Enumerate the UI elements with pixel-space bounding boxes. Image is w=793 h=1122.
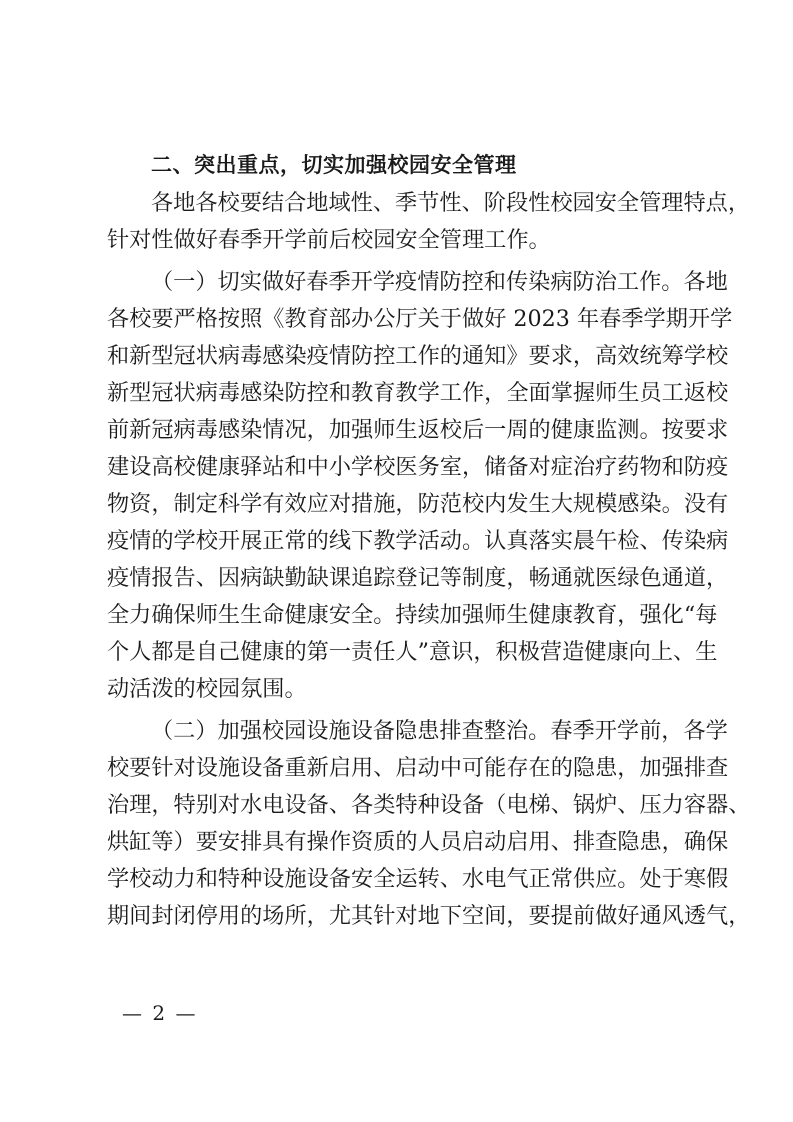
paragraph-2-line-5: 前新冠病毒感染情况，加强师生返校后一周的健康监测。按要求	[107, 412, 693, 449]
paragraph-2-line-10: 全力确保师生生命健康安全。持续加强师生健康教育，强化“每	[107, 597, 693, 634]
paragraph-3-line-6: 期间封闭停用的场所，尤其针对地下空间，要提前做好通风透气，	[107, 898, 693, 935]
paragraph-2-line-11: 个人都是自己健康的第一责任人”意识，积极营造健康向上、生	[107, 634, 693, 671]
section-heading: 二、突出重点，切实加强校园安全管理	[151, 147, 693, 184]
paragraph-2-line-7: 物资，制定科学有效应对措施，防范校内发生大规模感染。没有	[107, 486, 693, 523]
paragraph-2-line-4: 新型冠状病毒感染防控和教育教学工作，全面掌握师生员工返校	[107, 375, 693, 412]
paragraph-2-line-6: 建设高校健康驿站和中小学校医务室，储备对症治疗药物和防疫	[107, 449, 693, 486]
paragraph-1-line-1: 各地各校要结合地域性、季节性、阶段性校园安全管理特点，	[151, 185, 693, 222]
paragraph-3-line-3: 治理，特别对水电设备、各类特种设备（电梯、锅炉、压力容器、	[107, 787, 693, 824]
paragraph-2-line-2: 各校要严格按照《教育部办公厅关于做好 2023 年春季学期开学	[107, 301, 693, 338]
paragraph-3-line-4: 烘缸等）要安排具有操作资质的人员启动启用、排查隐患，确保	[107, 824, 693, 861]
paragraph-3-line-1: （二）加强校园设施设备隐患排查整治。春季开学前，各学	[151, 713, 693, 750]
paragraph-2-line-3: 和新型冠状病毒感染疫情防控工作的通知》要求，高效统筹学校	[107, 338, 693, 375]
paragraph-2-line-1: （一）切实做好春季开学疫情防控和传染病防治工作。各地	[151, 264, 693, 301]
page-number: — 2 —	[122, 998, 197, 1028]
paragraph-3-line-2: 校要针对设施设备重新启用、启动中可能存在的隐患，加强排查	[107, 750, 693, 787]
document-page: 二、突出重点，切实加强校园安全管理 各地各校要结合地域性、季节性、阶段性校园安全…	[0, 0, 793, 1122]
paragraph-2-line-12: 动活泼的校园氛围。	[107, 671, 693, 708]
paragraph-3-line-5: 学校动力和特种设施设备安全运转、水电气正常供应。处于寒假	[107, 861, 693, 898]
paragraph-2-line-8: 疫情的学校开展正常的线下教学活动。认真落实晨午检、传染病	[107, 523, 693, 560]
paragraph-1-line-2: 针对性做好春季开学前后校园安全管理工作。	[107, 222, 693, 259]
paragraph-2-line-9: 疫情报告、因病缺勤缺课追踪登记等制度，畅通就医绿色通道，	[107, 560, 693, 597]
